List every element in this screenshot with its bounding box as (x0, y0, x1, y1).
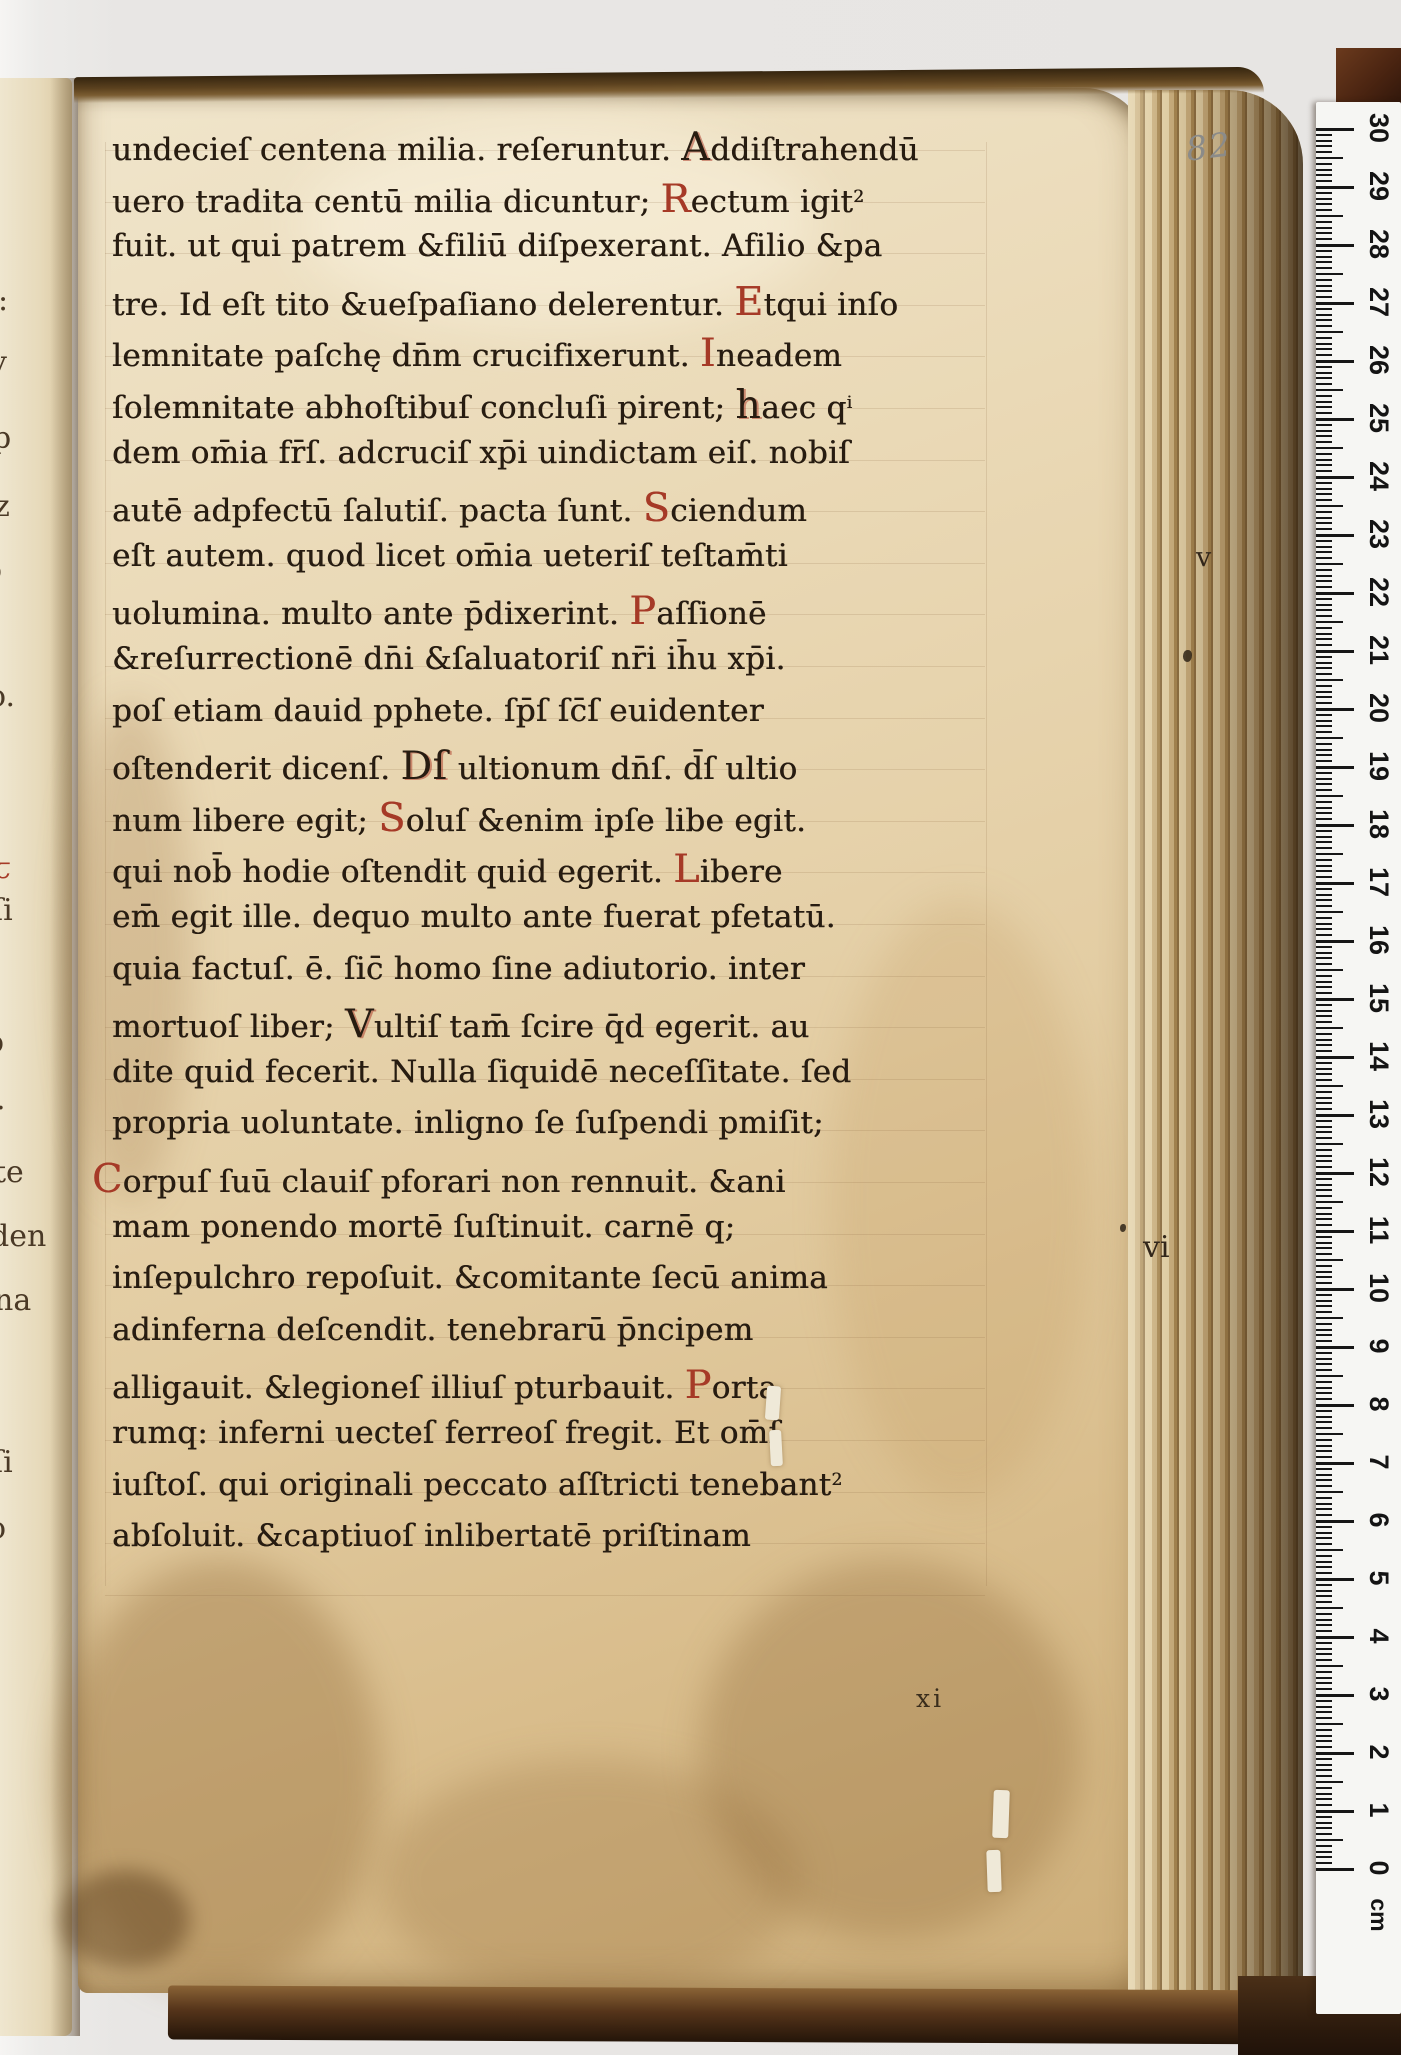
ruler-tick (1316, 778, 1332, 780)
ruler-number: 16 (1366, 923, 1392, 957)
ruler-tick (1316, 1740, 1332, 1742)
ruler-number: 11 (1366, 1213, 1392, 1247)
ruler-tick (1316, 1613, 1332, 1615)
text-run: i (847, 393, 853, 413)
text-run: qui nob̄ hodie oſtendit quid egerit. (112, 854, 673, 890)
ruler-number: 29 (1366, 169, 1392, 203)
ruler-tick (1316, 1404, 1354, 1407)
ruler-tick (1316, 1590, 1332, 1592)
ruler-tick (1316, 737, 1343, 739)
ruler-tick (1316, 911, 1343, 913)
ruler-tick (1316, 812, 1332, 814)
ruler-tick (1316, 1468, 1332, 1470)
ruler-tick (1316, 314, 1332, 316)
ruler-tick (1316, 128, 1354, 131)
ruler-tick (1316, 795, 1343, 797)
ruler-tick (1316, 725, 1332, 727)
ruler-tick (1316, 1265, 1332, 1267)
ruler-tick (1316, 1700, 1332, 1702)
ruler-tick (1316, 1143, 1343, 1145)
repair-patch (765, 1386, 781, 1421)
text-run: uolumina. multo ante p̄dixerint. (112, 596, 629, 632)
ruler-tick (1316, 1108, 1332, 1110)
ruler-tick (1316, 807, 1332, 809)
ruler-tick (1316, 575, 1332, 577)
ruler-tick (1316, 1793, 1332, 1795)
ruler-tick (1316, 1398, 1332, 1400)
ruler-tick (1316, 1224, 1332, 1226)
text-run: orpuſ ſuū clauiſ pforari non rennuit. &a… (123, 1164, 786, 1200)
ruler-tick (1316, 1659, 1332, 1661)
ruler-tick (1316, 1236, 1332, 1238)
rubricated-initial: L (673, 846, 700, 892)
ruler-tick (1316, 1555, 1332, 1557)
ruler-tick (1316, 888, 1332, 890)
ruler-number: 0 (1366, 1851, 1392, 1885)
ruler-tick (1316, 1595, 1332, 1597)
ruler-tick (1316, 325, 1332, 327)
ruler-number: 24 (1366, 459, 1392, 493)
ruler-number: 9 (1366, 1329, 1392, 1363)
manuscript-line: Corpuſ ſuū clauiſ pforari non rennuit. &… (92, 1160, 786, 1200)
ruler-tick (1316, 505, 1343, 507)
ruler-tick (1316, 1410, 1332, 1412)
ruler-tick (1316, 824, 1354, 827)
touched-capital: V (345, 1001, 374, 1047)
ruler-tick (1316, 1497, 1332, 1499)
ruler-tick (1316, 546, 1332, 548)
ruler-tick (1316, 1004, 1332, 1006)
rubricated-initial: S (643, 485, 670, 531)
ruler-tick (1316, 221, 1332, 223)
ruler-tick (1316, 1682, 1332, 1684)
ruler-tick (1316, 870, 1332, 872)
manuscript-line: mortuoſ liber; Vultiſ tam̄ ſcire q̄d ege… (112, 1005, 810, 1045)
ruler-tick (1316, 435, 1332, 437)
manuscript-line: quia factuſ. ē. ſic̄ homo ſine adiutorio… (112, 954, 805, 985)
ruler-tick (1316, 563, 1343, 565)
ruler-tick (1316, 447, 1343, 449)
ruler-tick (1316, 1015, 1332, 1017)
ruler-tick (1316, 488, 1332, 490)
ruler-tick (1316, 366, 1332, 368)
ruler-tick (1316, 940, 1354, 943)
ruler-number: 26 (1366, 343, 1392, 377)
ruler-tick (1316, 975, 1332, 977)
text-run: ibere (700, 854, 783, 890)
ruler-tick (1316, 1027, 1343, 1029)
ruler-tick (1316, 789, 1332, 791)
ruler-tick (1316, 198, 1332, 200)
manuscript-photo: ſ:ypzoo.ꞇſio·tedennaſio undecieſ centena… (0, 0, 1401, 2055)
ruler-tick (1316, 1694, 1354, 1697)
touched-capital: A (681, 124, 710, 170)
ruler-tick (1316, 493, 1332, 495)
manuscript-line: fuit. ut qui patrem &filiū diſpexerant. … (112, 231, 882, 262)
ruler-tick (1316, 1508, 1332, 1510)
ruler-tick (1316, 302, 1354, 305)
ruler-tick (1316, 1746, 1332, 1748)
ruler-tick (1316, 714, 1332, 716)
ruler-tick (1316, 1787, 1332, 1789)
ruler-tick (1316, 169, 1332, 171)
ruler-tick (1316, 1839, 1343, 1841)
ruler-number: 18 (1366, 807, 1392, 841)
rubricated-initial: R (660, 176, 690, 222)
text-run: 2 (853, 186, 864, 206)
ruler-number: 3 (1366, 1677, 1392, 1711)
ruler-tick (1316, 273, 1343, 275)
repair-patch (992, 1790, 1010, 1839)
rubricated-initial: P (629, 588, 656, 634)
ruler-tick (1316, 1010, 1332, 1012)
ruler-tick (1316, 383, 1332, 385)
ruler-tick (1316, 337, 1332, 339)
ruler-tick (1316, 1311, 1332, 1313)
ruler-tick (1316, 981, 1332, 983)
ruler-tick (1316, 1271, 1332, 1273)
manuscript-line: oſtenderit dicenſ. Dſ ultionum dn̄ſ. d̄ſ… (112, 747, 798, 787)
ruler-tick (1316, 540, 1332, 542)
ruler-tick (1316, 174, 1332, 176)
ruler-tick (1316, 1833, 1332, 1835)
ruler-tick (1316, 1862, 1332, 1864)
ruler-tick (1316, 1543, 1332, 1545)
ruler-tick (1316, 1062, 1332, 1064)
ruler-tick (1316, 957, 1332, 959)
ruler-tick (1316, 836, 1332, 838)
ruler-tick (1316, 1433, 1343, 1435)
ruler-tick (1316, 534, 1354, 537)
ruler-tick (1316, 406, 1332, 408)
text-run: tqui inſo (764, 287, 899, 323)
ruler-tick (1316, 499, 1332, 501)
text-run: mam ponendo mortē ſuſtinuit. carnē q; (112, 1209, 735, 1245)
ruler-tick (1316, 1305, 1332, 1307)
ruler-tick (1316, 227, 1332, 229)
text-run: ciendum (670, 493, 807, 529)
ruler-tick (1316, 656, 1332, 658)
chapter-number-margin: v (1196, 544, 1211, 571)
ruler-tick (1316, 1381, 1332, 1383)
ruler-tick (1316, 1172, 1354, 1175)
text-run: num libere egit; (112, 803, 378, 839)
ruler-tick (1316, 1160, 1332, 1162)
manuscript-text-block: undecieſ centena milia. reſeruntur. Addi… (0, 0, 1401, 2055)
ruler-tick (1316, 1369, 1332, 1371)
ruler-tick (1316, 389, 1343, 391)
ruler-tick (1316, 1352, 1332, 1354)
ruler-tick (1316, 1549, 1343, 1551)
ruler-tick (1316, 1195, 1332, 1197)
ruler-number: 14 (1366, 1039, 1392, 1073)
ruler-tick (1316, 1822, 1332, 1824)
ruler-tick (1316, 470, 1332, 472)
ruler-tick (1316, 1091, 1332, 1093)
text-run: rumq: inferni uecteſ ferreoſ fregit. Et … (112, 1415, 780, 1451)
ruler-tick (1316, 1021, 1332, 1023)
ruler-tick (1316, 691, 1332, 693)
ruler-tick (1316, 1276, 1332, 1278)
manuscript-line: adinferna deſcendit. tenebrarū p̄ncipem (112, 1315, 753, 1346)
ruler-tick (1316, 1294, 1332, 1296)
manuscript-line: abſoluit. &captiuoſ inlibertatē priſtina… (112, 1521, 751, 1552)
ruler-tick (1316, 424, 1332, 426)
ruler-number: 20 (1366, 691, 1392, 725)
ruler-tick (1316, 1630, 1332, 1632)
ruler-tick (1316, 395, 1332, 397)
ruler-tick (1316, 1868, 1354, 1871)
ruler-tick (1316, 244, 1354, 247)
ruler-tick (1316, 319, 1332, 321)
ruler-tick (1316, 899, 1332, 901)
ruler-number: 13 (1366, 1097, 1392, 1131)
ruler-tick (1316, 412, 1332, 414)
ruler-tick (1316, 1259, 1343, 1261)
ruler-tick (1316, 1636, 1354, 1639)
ruler-tick (1316, 1340, 1332, 1342)
ruler-tick (1316, 621, 1343, 623)
manuscript-line: ſolemnitate abhoſtibuſ concluſi pirent; … (112, 386, 852, 426)
manuscript-line: num libere egit; Soluſ &enim ipſe libe e… (112, 799, 806, 839)
ruler-tick (1316, 1752, 1354, 1755)
text-run: em̄ egit ille. dequo multo ante fuerat p… (112, 899, 836, 935)
ruler-tick (1316, 818, 1332, 820)
ruler-tick (1316, 1131, 1332, 1133)
text-run: dem om̄ia fr̄ſ. adcruciſ xp̄i uindictam … (112, 435, 850, 471)
ruler-tick (1316, 517, 1332, 519)
ruler-tick (1316, 1201, 1343, 1203)
text-run: alligauit. &legioneſ illiuſ pturbauit. (112, 1370, 685, 1406)
manuscript-line: undecieſ centena milia. reſeruntur. Addi… (112, 128, 919, 168)
ruler-tick (1316, 1427, 1332, 1429)
manuscript-line: eſt autem. quod licet om̄ia ueteriſ teſt… (112, 541, 788, 572)
ruler-tick (1316, 772, 1332, 774)
ruler-tick (1316, 650, 1354, 653)
text-run: dite quid fecerit. Nulla ſiquidē neceſſi… (112, 1054, 851, 1090)
ruler-number: 23 (1366, 517, 1392, 551)
ruler-tick (1316, 1856, 1332, 1858)
ruler-tick (1316, 1189, 1332, 1191)
ruler-number: 15 (1366, 981, 1392, 1015)
ruler-tick (1316, 348, 1332, 350)
ruler-tick (1316, 1717, 1332, 1719)
quire-signature: xi (916, 1686, 944, 1711)
text-run: ddiſtrahendū (710, 132, 919, 168)
ruler-tick (1316, 215, 1343, 217)
ruler-tick (1316, 285, 1332, 287)
rubricated-initial: E (734, 279, 763, 325)
ruler-tick (1316, 1537, 1332, 1539)
manuscript-line: dite quid fecerit. Nulla ſiquidē neceſſi… (112, 1057, 851, 1088)
ruler-number: 10 (1366, 1271, 1392, 1305)
ruler-number: 12 (1366, 1155, 1392, 1189)
ruler-tick (1316, 1723, 1343, 1725)
ruler-tick (1316, 627, 1332, 629)
ruler-tick (1316, 1253, 1332, 1255)
ruler-tick (1316, 250, 1332, 252)
ruler-tick (1316, 580, 1332, 582)
touched-capital: h (735, 382, 761, 428)
text-run: eſt autem. quod licet om̄ia ueteriſ teſt… (112, 538, 788, 574)
ruler-tick (1316, 1207, 1332, 1209)
ruler-tick (1316, 1688, 1332, 1690)
ruler-tick (1316, 1845, 1332, 1847)
ruler-tick (1316, 783, 1332, 785)
ruler-tick (1316, 157, 1343, 159)
text-run: adinferna deſcendit. tenebrarū p̄ncipem (112, 1312, 753, 1348)
ruler-tick (1316, 1851, 1332, 1853)
ruler-tick (1316, 841, 1332, 843)
ruler-tick (1316, 766, 1354, 769)
ruler-tick (1316, 1213, 1332, 1215)
manuscript-line: alligauit. &legioneſ illiuſ pturbauit. P… (112, 1366, 777, 1406)
ruler-tick (1316, 917, 1332, 919)
ruler-tick (1316, 1485, 1332, 1487)
ruler-tick (1316, 1184, 1332, 1186)
ruler-tick (1316, 1810, 1354, 1813)
ruler-tick (1316, 1114, 1354, 1117)
manuscript-line: qui nob̄ hodie oſtendit quid egerit. Lib… (112, 850, 783, 890)
ruler-number: 22 (1366, 575, 1392, 609)
text-run: abſoluit. &captiuoſ inlibertatē priſtina… (112, 1518, 751, 1554)
ruler-tick (1316, 667, 1332, 669)
ruler-tick (1316, 952, 1332, 954)
ruler-tick (1316, 441, 1332, 443)
ruler-tick (1316, 1392, 1332, 1394)
ruler-tick (1316, 923, 1332, 925)
rubricated-initial: P (685, 1362, 712, 1408)
ruler-tick (1316, 1445, 1332, 1447)
ruler-tick (1316, 1079, 1332, 1081)
ruler-tick (1316, 859, 1332, 861)
ruler-tick (1316, 551, 1332, 553)
ruler-tick (1316, 256, 1332, 258)
text-run: fuit. ut qui patrem &filiū diſpexerant. … (112, 228, 882, 264)
ruler-tick (1316, 934, 1332, 936)
manuscript-line: uolumina. multo ante p̄dixerint. Paſſion… (112, 592, 767, 632)
ruler-tick (1316, 1607, 1343, 1609)
ruler-tick (1316, 209, 1332, 211)
ruler-tick (1316, 1758, 1332, 1760)
ruler-tick (1316, 1282, 1332, 1284)
ruler-tick (1316, 1329, 1332, 1331)
ruler-tick (1316, 708, 1354, 711)
ruler-tick (1316, 905, 1332, 907)
text-run: uero tradita centū milia dicuntur; (112, 184, 660, 220)
ruler-tick (1316, 1456, 1332, 1458)
manuscript-line: lemnitate paſchę dn̄m crucifixerunt. Ine… (112, 334, 842, 374)
text-run: quia factuſ. ē. ſic̄ homo ſine adiutorio… (112, 951, 805, 987)
manuscript-line: iuſtoſ. qui originali peccato aſſtricti … (112, 1470, 843, 1501)
ruler-tick (1316, 1068, 1332, 1070)
text-run: poſ etiam dauid pphete. ſp̄ſ ſc̄ſ euiden… (112, 693, 764, 729)
ruler-tick (1316, 638, 1332, 640)
ruler-tick (1316, 1642, 1332, 1644)
ruler-tick (1316, 1323, 1332, 1325)
text-run: autē adpfectū ſalutiſ. pacta ſunt. (112, 493, 643, 529)
ruler-tick (1316, 267, 1332, 269)
ruler-tick (1316, 1706, 1332, 1708)
ruler-number: 25 (1366, 401, 1392, 435)
ruler-tick (1316, 1775, 1332, 1777)
ruler-tick (1316, 1677, 1332, 1679)
ruler-tick (1316, 557, 1332, 559)
ruler-tick (1316, 459, 1332, 461)
ruler-tick (1316, 476, 1354, 479)
text-run: lemnitate paſchę dn̄m crucifixerunt. (112, 338, 700, 374)
ruler-tick (1316, 511, 1332, 513)
ruler-tick (1316, 731, 1332, 733)
ruler-tick (1316, 1126, 1332, 1128)
ruler-tick (1316, 261, 1332, 263)
ruler-tick (1316, 604, 1332, 606)
ruler-tick (1316, 140, 1332, 142)
ruler-tick (1316, 145, 1332, 147)
ruler-tick (1316, 969, 1343, 971)
manuscript-line: rumq: inferni uecteſ ferreoſ fregit. Et … (112, 1418, 780, 1449)
ruler-tick (1316, 482, 1332, 484)
ruler-tick (1316, 1503, 1332, 1505)
ruler-tick (1316, 1798, 1332, 1800)
ruler-number: 2 (1366, 1735, 1392, 1769)
ruler-tick (1316, 1479, 1332, 1481)
ruler-tick (1316, 1044, 1332, 1046)
ruler-tick (1316, 1416, 1332, 1418)
ruler-tick (1316, 853, 1343, 855)
text-run: iuſtoſ. qui originali peccato aſſtricti … (112, 1467, 831, 1503)
ruler-tick (1316, 331, 1343, 333)
ruler-tick (1316, 702, 1332, 704)
ruler-tick (1316, 754, 1332, 756)
ruler-tick (1316, 1491, 1343, 1493)
manuscript-line: poſ etiam dauid pphete. ſp̄ſ ſc̄ſ euiden… (112, 696, 764, 727)
ruler-tick (1316, 1387, 1332, 1389)
ruler-tick (1316, 1039, 1332, 1041)
ruler-tick (1316, 830, 1332, 832)
ruler-tick (1316, 685, 1332, 687)
ruler-tick (1316, 865, 1332, 867)
text-run: oſtenderit dicenſ. (112, 751, 400, 787)
ruler-tick (1316, 1578, 1354, 1581)
ruler-tick (1316, 1781, 1343, 1783)
manuscript-line: em̄ egit ille. dequo multo ante fuerat p… (112, 902, 836, 933)
manuscript-line: propria uoluntate. inligno ſe ſuſpendi p… (112, 1108, 824, 1139)
text-run: propria uoluntate. inligno ſe ſuſpendi p… (112, 1105, 824, 1141)
ruler-tick (1316, 592, 1354, 595)
ruler-number: 5 (1366, 1561, 1392, 1595)
ruler-tick (1316, 1769, 1332, 1771)
text-run: ectum igit (691, 184, 854, 220)
ruler-tick (1316, 1462, 1354, 1465)
ruler-tick (1316, 1334, 1332, 1336)
ruler-tick (1316, 760, 1332, 762)
ruler-tick (1316, 238, 1332, 240)
ruler-tick (1316, 928, 1332, 930)
ruler-tick (1316, 1514, 1332, 1516)
ruler-tick (1316, 720, 1332, 722)
ruler-tick (1316, 1149, 1332, 1151)
ruler-tick (1316, 1033, 1332, 1035)
text-run: aec q (761, 390, 846, 426)
ruler-tick (1316, 743, 1332, 745)
ruler-tick (1316, 232, 1332, 234)
ruler-number: 1 (1366, 1793, 1392, 1827)
manuscript-line: dem om̄ia fr̄ſ. adcruciſ xp̄i uindictam … (112, 438, 850, 469)
ruler-tick (1316, 986, 1332, 988)
ruler-tick (1316, 633, 1332, 635)
ruler-tick (1316, 1085, 1343, 1087)
